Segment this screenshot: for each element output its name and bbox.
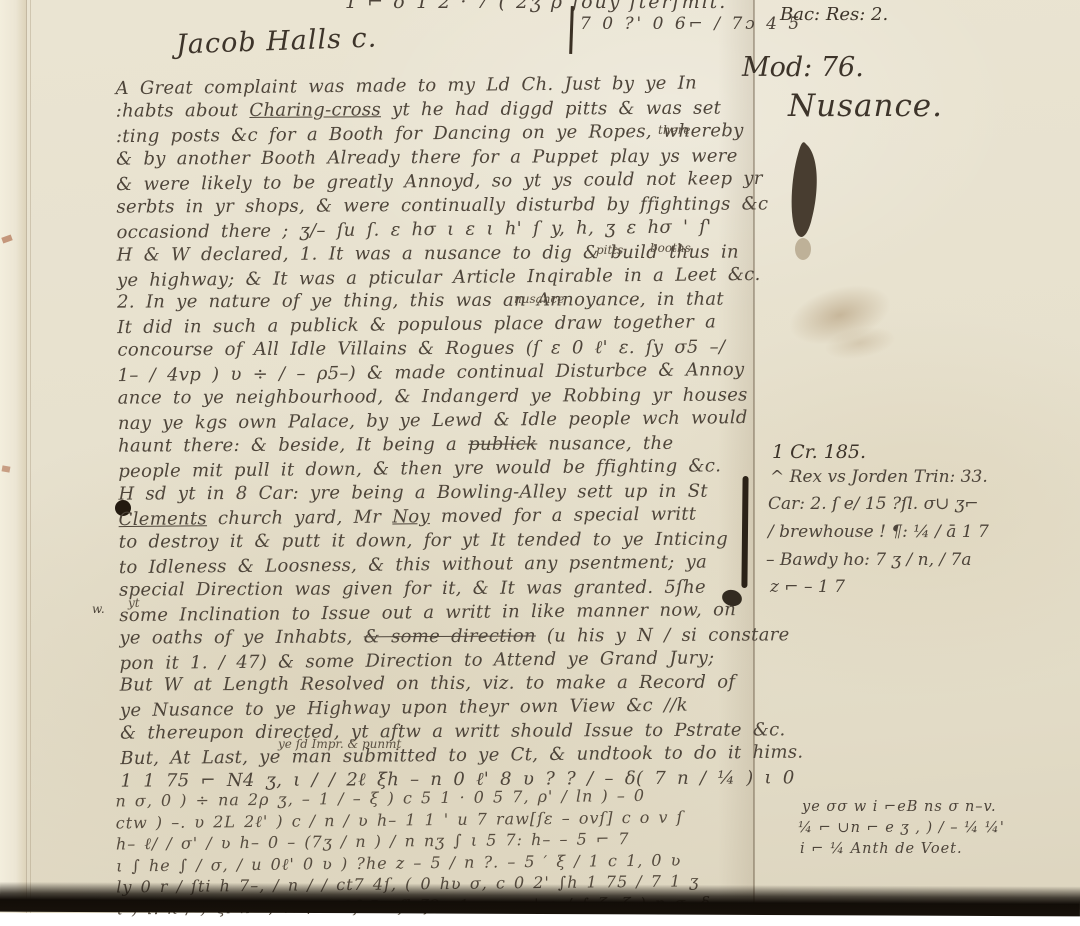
margin-case-note: – Bawdy ho: 7 ʒ / n, / 7a <box>766 550 971 570</box>
top-shorthand-line2: 7 0 ?' 0 6⌐ / 7ɔ 4 5 <box>580 14 802 34</box>
margin-bottom-note: i ⌐ ¼ Anth de Voet. <box>800 841 963 857</box>
margin-case-note: Car: 2. ſ e/ 15 ?ſl. σ∪ ʒ⌐ <box>768 494 979 514</box>
line-segment: haunt there: & beside, It being a <box>118 434 468 457</box>
line-segment: (u his y N / si constare <box>536 624 790 646</box>
underlined-word: Charing-cross <box>249 99 381 121</box>
interlinear-note: nusance <box>514 292 564 306</box>
margin-case-note: / brewhouse ! ¶: ¼ / ā 1 7 <box>768 522 989 542</box>
top-shorthand-line: 1 ⌐ σ 1 2 · 7 ( 2ʒ ρ ſouy ſterſmit. <box>345 0 727 13</box>
page-edge <box>0 0 27 913</box>
interlinear-note: there <box>658 123 691 137</box>
line-segment: church yard, Mr <box>207 506 393 529</box>
underlined-word: Noy <box>392 506 430 527</box>
page-edge-crease <box>30 0 31 913</box>
line-segment: :habts about <box>116 100 250 122</box>
binding-shadow <box>0 882 1080 917</box>
margin-bottom-note: ye σσ w i ⌐eB ns σ n–v. <box>802 799 997 815</box>
interlinear-note: ye ſd Impr. & punmt <box>278 737 401 751</box>
ink-blot <box>776 136 834 268</box>
interlinear-note: yt <box>128 596 140 610</box>
body-text-block: A Great complaint was made to my Ld Ch. … <box>116 72 769 795</box>
margin-case-note: z ⌐ – 1 7 <box>770 577 845 597</box>
manuscript-photo: 1 ⌐ σ 1 2 · 7 ( 2ʒ ρ ſouy ſterſmit. 7 0 … <box>0 0 1080 926</box>
underlined-word: Clements <box>118 508 207 530</box>
line-segment: moved for a special writt <box>430 503 697 527</box>
line-segment: ye oaths of ye Inhabts, <box>119 626 363 648</box>
top-right-reference: Bac: Res: 2. <box>780 4 888 25</box>
interlinear-note: booths <box>650 241 691 255</box>
margin-case-note: ^ Rex vs Jorden Trin: 33. <box>770 467 988 487</box>
margin-bottom-note: ¼ ⌐ ∪n ⌐ e ʒ , ) / – ¼ ¼' <box>798 820 1005 836</box>
margin-rust-mark <box>2 465 11 472</box>
struck-word: publick <box>468 434 537 455</box>
left-margin-note: w. <box>92 602 105 616</box>
line-segment: nusance, the <box>537 433 673 455</box>
margin-citation: 1 Cr. 185. <box>772 441 866 463</box>
interlinear-note: pitts <box>596 243 623 257</box>
struck-phrase: & some direction <box>364 625 536 647</box>
margin-subject-heading: Nusance. <box>788 88 943 124</box>
line-segment: yt he had diggd pitts & was set <box>381 98 721 121</box>
